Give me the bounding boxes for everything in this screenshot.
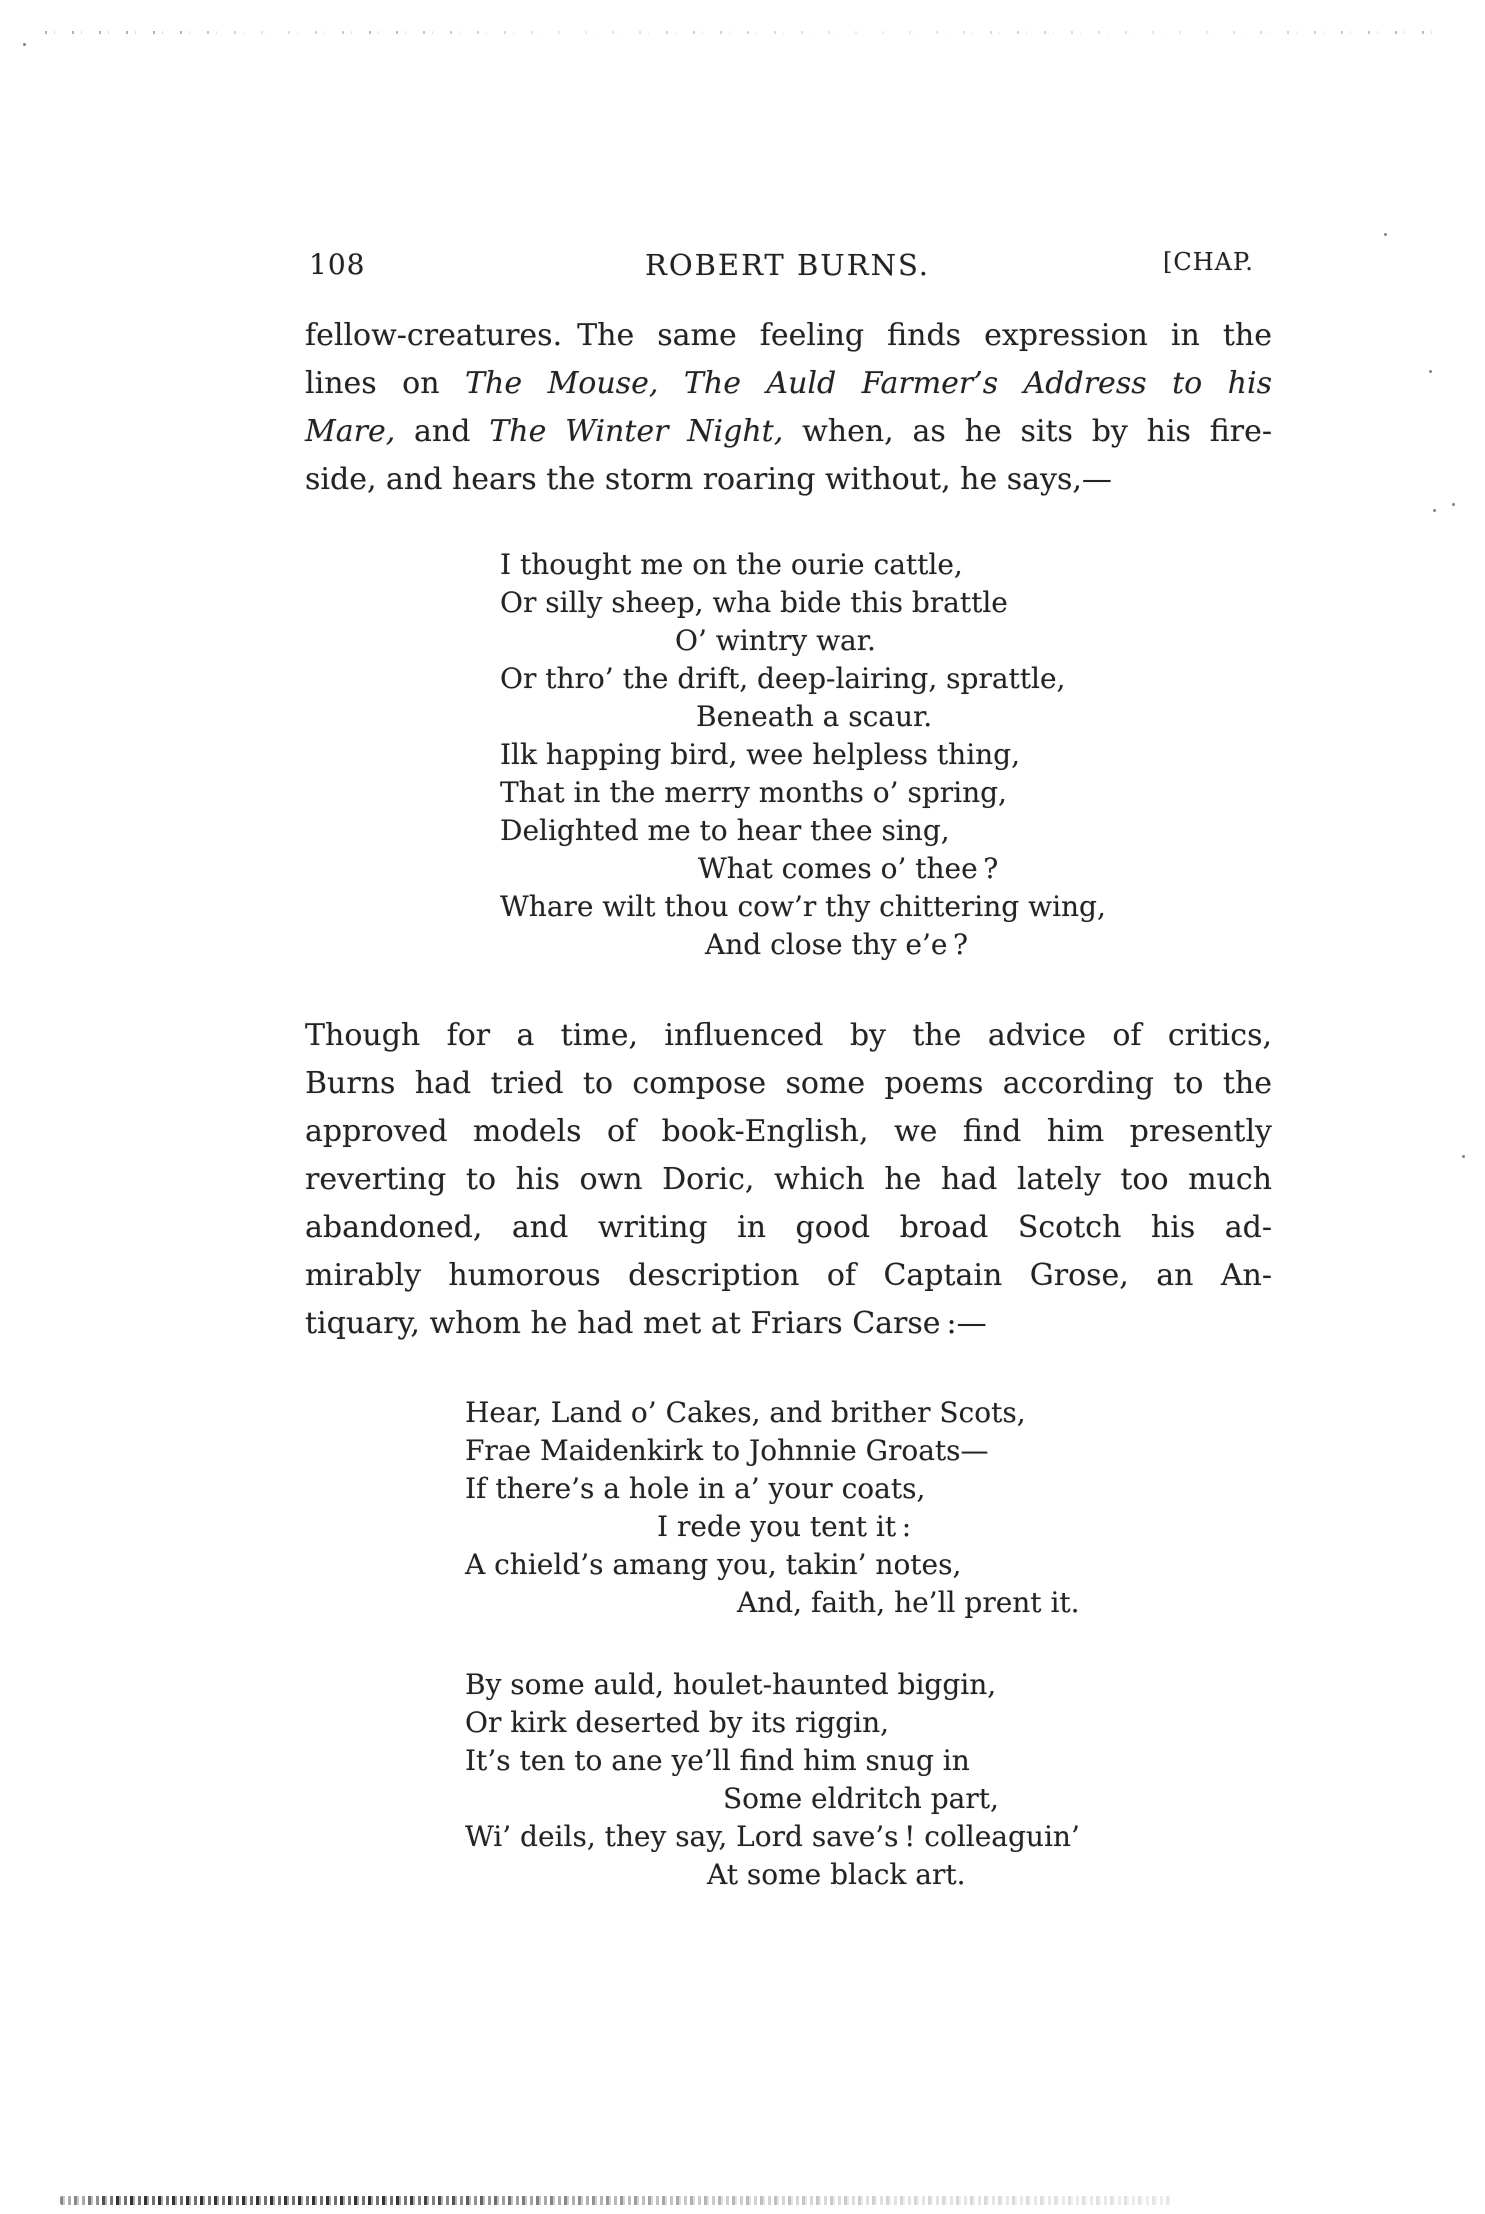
- text-segment: tiquary, whom he had met at Friars Carse…: [305, 1306, 987, 1341]
- running-title: ROBERT BURNS.: [645, 248, 930, 282]
- poem-line: Or silly sheep, wha bide this brattle: [500, 584, 1106, 622]
- poem-line: Whare wilt thou cow’r thy chittering win…: [500, 888, 1106, 926]
- text-segment: fellow-creatures. The same feeling finds…: [305, 318, 1272, 353]
- text-line: reverting to his own Doric, which he had…: [305, 1156, 1272, 1204]
- poem-line: Or thro’ the drift, deep-lairing, spratt…: [500, 660, 1106, 698]
- poem-line: Hear, Land o’ Cakes, and brither Scots,: [465, 1394, 1080, 1432]
- poem-line: And, faith, he’ll prent it.: [737, 1584, 1080, 1622]
- running-header: 108 ROBERT BURNS. [CHAP.: [0, 248, 1485, 288]
- text-line: approved models of book-English, we find…: [305, 1108, 1272, 1156]
- text-segment: Burns had tried to compose some poems ac…: [305, 1066, 1272, 1101]
- poem-captain-grose-stanza-1: Hear, Land o’ Cakes, and brither Scots,F…: [465, 1394, 1080, 1622]
- poem-line: If there’s a hole in a’ your coats,: [465, 1470, 1080, 1508]
- poem-line: And close thy e’e ?: [705, 926, 1106, 964]
- poem-line: By some auld, houlet-haunted biggin,: [465, 1666, 1080, 1704]
- page-number: 108: [309, 248, 365, 281]
- text-line: Mare, and The Winter Night, when, as he …: [305, 408, 1272, 456]
- text-line: abandoned, and writing in good broad Sco…: [305, 1204, 1272, 1252]
- poem-line: Or kirk deserted by its riggin,: [465, 1704, 1080, 1742]
- text-line: Burns had tried to compose some poems ac…: [305, 1060, 1272, 1108]
- poem-line: Wi’ deils, they say, Lord save’s ! colle…: [465, 1818, 1080, 1856]
- paragraph-2: Though for a time, influenced by the adv…: [305, 1012, 1272, 1348]
- poem-line: At some black art.: [707, 1856, 1080, 1894]
- text-line: tiquary, whom he had met at Friars Carse…: [305, 1300, 1272, 1348]
- paragraph-1: fellow-creatures. The same feeling finds…: [305, 312, 1272, 504]
- text-segment: lines on: [305, 366, 465, 401]
- ink-speck: [23, 43, 26, 46]
- poem-line: I thought me on the ourie cattle,: [500, 546, 1106, 584]
- text-segment: mirably humorous description of Captain …: [305, 1258, 1272, 1293]
- poem-line: Ilk happing bird, wee helpless thing,: [500, 736, 1106, 774]
- poem-line: What comes o’ thee ?: [698, 850, 1106, 888]
- poem-line: I rede you tent it :: [657, 1508, 1080, 1546]
- poem-line: Frae Maidenkirk to Johnnie Groats—: [465, 1432, 1080, 1470]
- ink-speck: [1429, 370, 1432, 373]
- text-segment: [658, 366, 683, 401]
- text-segment: and: [395, 414, 489, 449]
- poem-line: It’s ten to ane ye’ll find him snug in: [465, 1742, 1080, 1780]
- scan-artifact-top-dotted-line: [45, 31, 1440, 34]
- ink-speck: [1452, 503, 1455, 506]
- text-segment: when, as he sits by his fire-: [783, 414, 1272, 449]
- poem-captain-grose-stanza-2: By some auld, houlet-haunted biggin,Or k…: [465, 1666, 1080, 1894]
- text-line: Though for a time, influenced by the adv…: [305, 1012, 1272, 1060]
- text-segment: side, and hears the storm roaring withou…: [305, 462, 1112, 497]
- italic-work-title: The Auld Farmer’s Address to his: [684, 366, 1272, 401]
- text-segment: abandoned, and writing in good broad Sco…: [305, 1210, 1272, 1245]
- poem-line: A chield’s amang you, takin’ notes,: [465, 1546, 1080, 1584]
- poem-line: Beneath a scaur.: [696, 698, 1106, 736]
- text-segment: approved models of book-English, we find…: [305, 1114, 1272, 1149]
- poem-line: That in the merry months o’ spring,: [500, 774, 1106, 812]
- text-segment: reverting to his own Doric, which he had…: [305, 1162, 1272, 1197]
- scan-artifact-bottom-edge: [60, 2196, 1170, 2205]
- poem-line: Some eldritch part,: [723, 1780, 1080, 1818]
- poem-winter-night-quotation: I thought me on the ourie cattle,Or sill…: [500, 546, 1106, 964]
- text-line: side, and hears the storm roaring withou…: [305, 456, 1272, 504]
- text-segment: Though for a time, influenced by the adv…: [305, 1018, 1272, 1053]
- ink-speck: [1433, 509, 1436, 512]
- text-line: lines on The Mouse, The Auld Farmer’s Ad…: [305, 360, 1272, 408]
- poem-line: O’ wintry war.: [675, 622, 1106, 660]
- book-page: 108 ROBERT BURNS. [CHAP. fellow-creature…: [0, 0, 1485, 2214]
- italic-work-title: Mare,: [305, 414, 395, 449]
- ink-speck: [1462, 1155, 1465, 1158]
- chapter-marker: [CHAP.: [1163, 248, 1254, 276]
- italic-work-title: The Winter Night,: [489, 414, 783, 449]
- text-line: fellow-creatures. The same feeling finds…: [305, 312, 1272, 360]
- text-line: mirably humorous description of Captain …: [305, 1252, 1272, 1300]
- italic-work-title: The Mouse,: [465, 366, 658, 401]
- poem-line: Delighted me to hear thee sing,: [500, 812, 1106, 850]
- ink-speck: [1384, 233, 1387, 236]
